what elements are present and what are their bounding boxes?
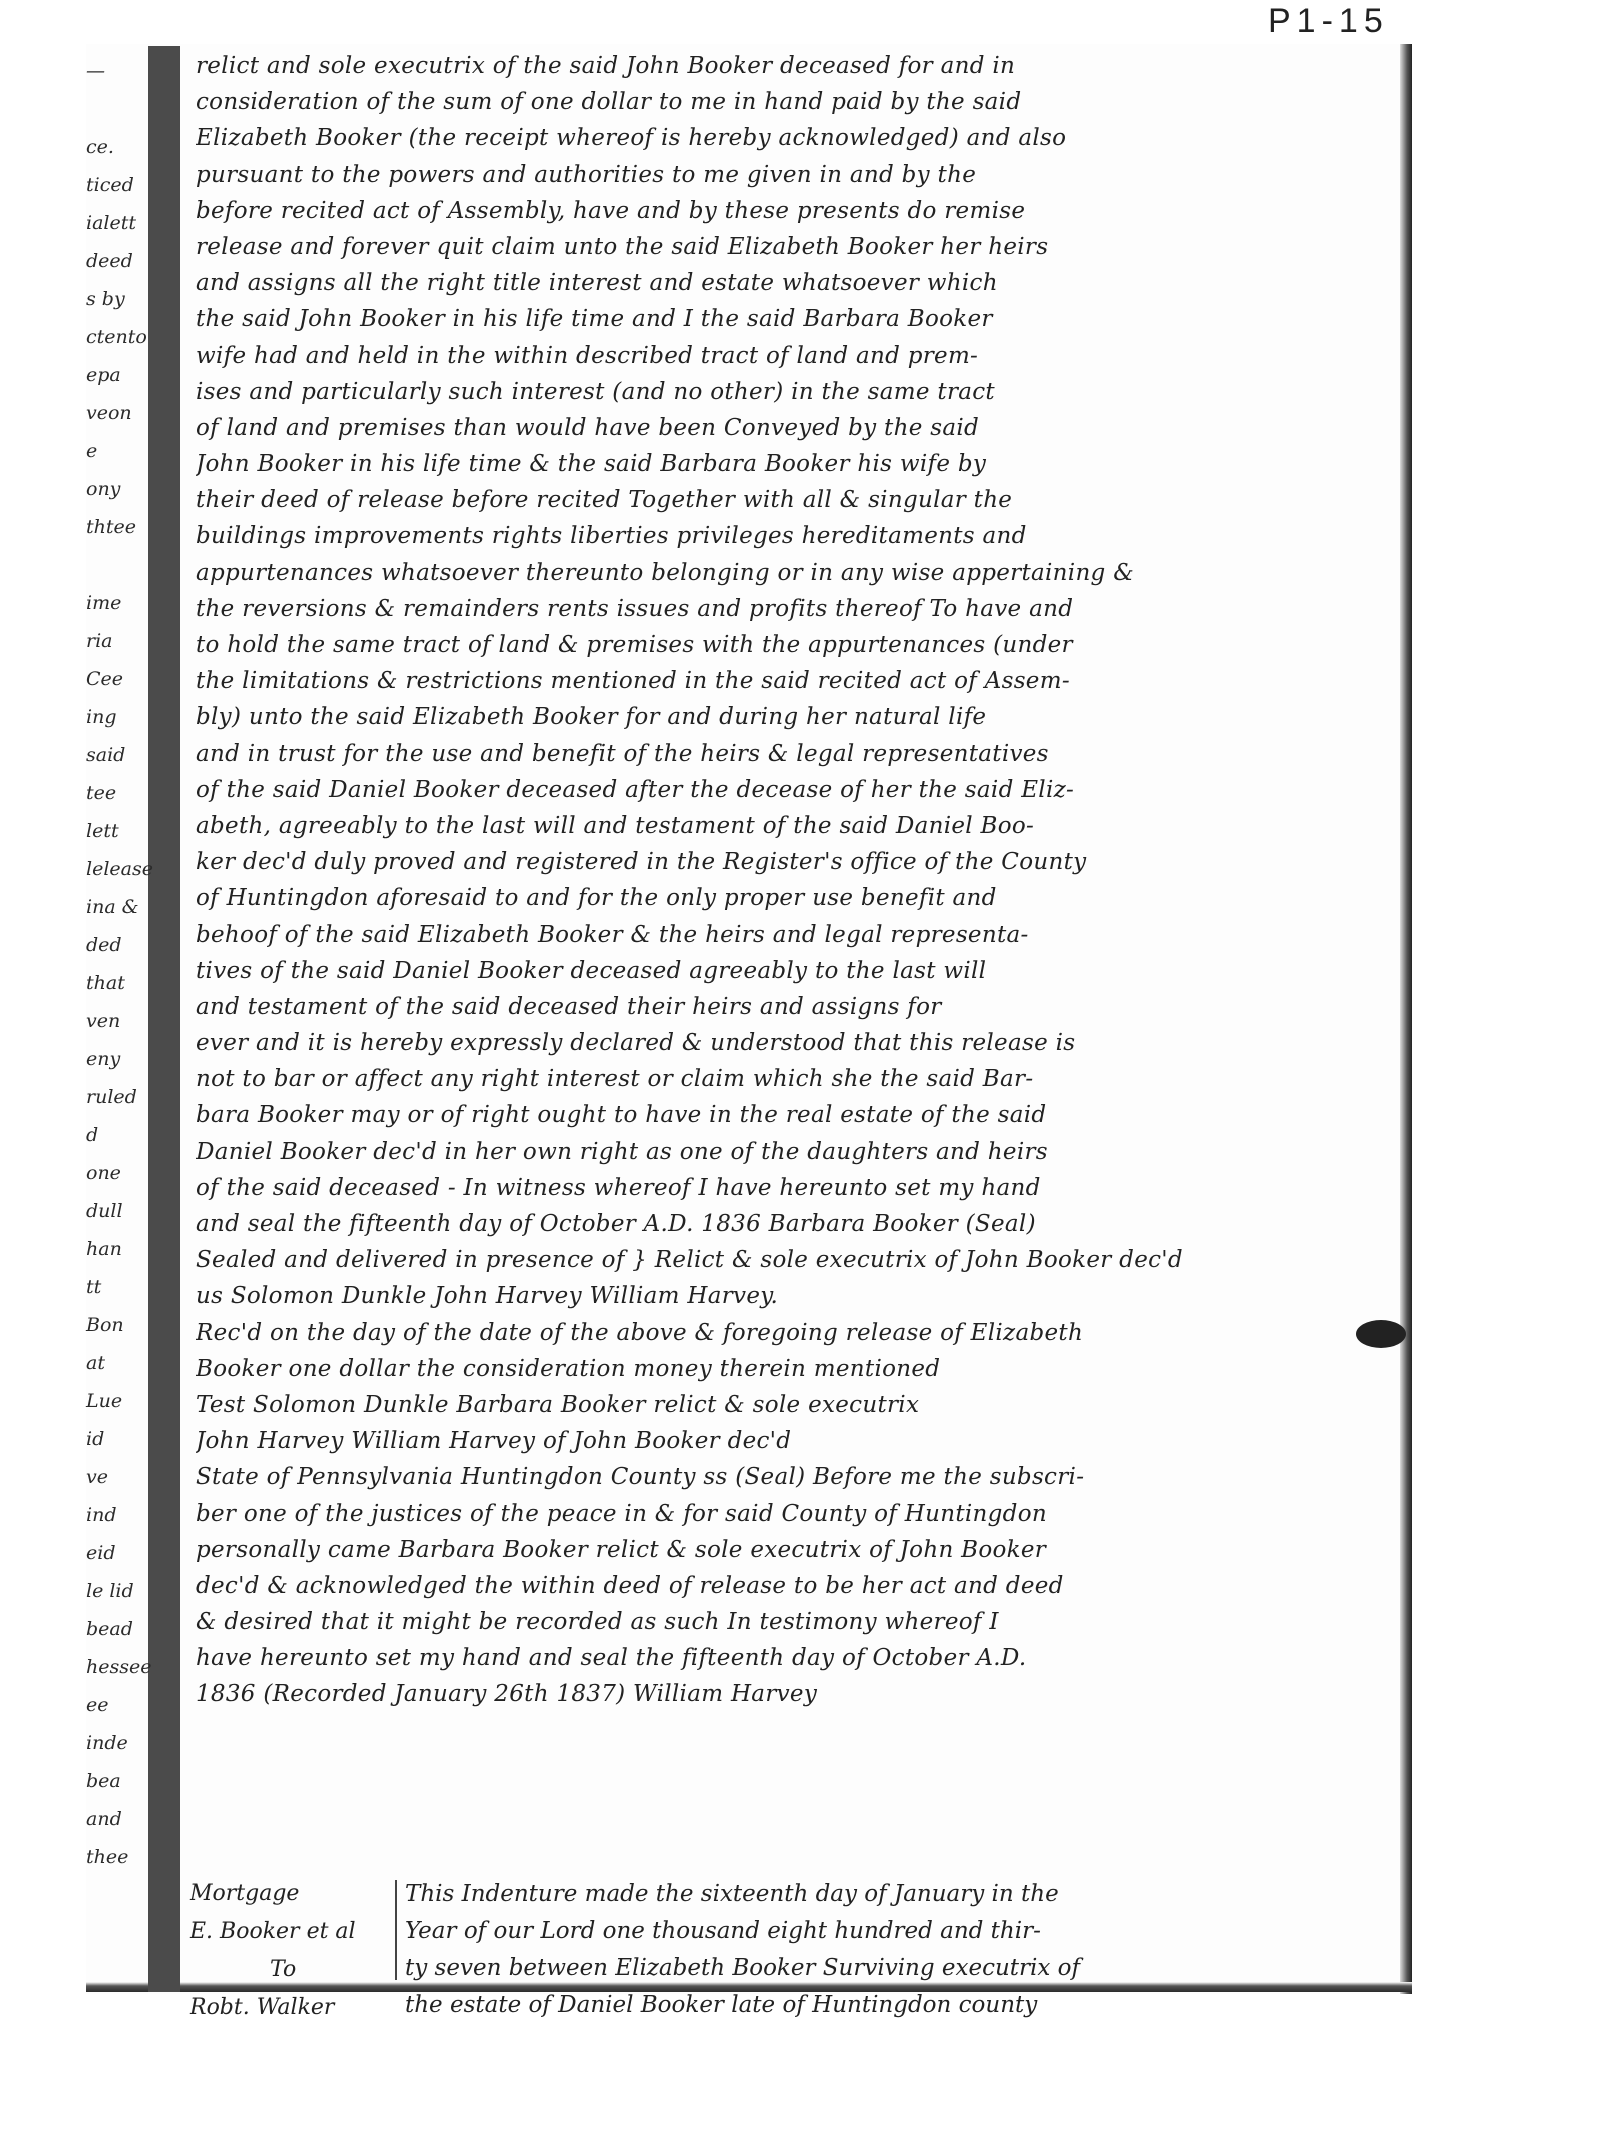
margin-fragment: bead [86, 1618, 133, 1640]
margin-fragment: Bon [86, 1314, 124, 1336]
deed-text-line: consideration of the sum of one dollar t… [196, 84, 1392, 120]
deed-text-line: Rec'd on the day of the date of the abov… [196, 1315, 1392, 1351]
deed-text-line: and in trust for the use and benefit of … [196, 736, 1392, 772]
margin-fragment: thee [86, 1846, 128, 1868]
margin-fragment: ce. [86, 136, 114, 158]
margin-fragment: lett [86, 820, 119, 842]
deed-text-line: of Huntingdon aforesaid to and for the o… [196, 880, 1392, 916]
margin-fragment: ing [86, 706, 116, 728]
deed-text-line: appurtenances whatsoever thereunto belon… [196, 555, 1392, 591]
margin-fragment: lelease [86, 858, 153, 880]
deed-text-line: and testament of the said deceased their… [196, 989, 1392, 1025]
deed-text-line: release and forever quit claim unto the … [196, 229, 1392, 265]
deed-text-line: their deed of release before recited Tog… [196, 482, 1392, 518]
deed-text-line: of land and premises than would have bee… [196, 410, 1392, 446]
margin-fragment: ve [86, 1466, 108, 1488]
deed-body-text: relict and sole executrix of the said Jo… [196, 48, 1392, 1713]
margin-fragment: ticed [86, 174, 134, 196]
margin-note-line: E. Booker et al [190, 1913, 400, 1951]
margin-fragment: bea [86, 1770, 121, 1792]
deed-text-line: not to bar or affect any right interest … [196, 1061, 1392, 1097]
margin-fragment: that [86, 972, 125, 994]
margin-fragment: — [86, 60, 105, 82]
deed-text-line: of the said Daniel Booker deceased after… [196, 772, 1392, 808]
deed-text-line: State of Pennsylvania Huntingdon County … [196, 1459, 1392, 1495]
indenture-text: This Indenture made the sixteenth day of… [405, 1876, 1405, 2024]
margin-fragment: and [86, 1808, 122, 1830]
deed-text-line: John Harvey William Harvey of John Booke… [196, 1423, 1392, 1459]
indenture-line: Year of our Lord one thousand eight hund… [405, 1913, 1405, 1950]
deed-text-line: ever and it is hereby expressly declared… [196, 1025, 1392, 1061]
margin-note-line: Mortgage [190, 1875, 400, 1913]
deed-text-line: have hereunto set my hand and seal the f… [196, 1640, 1392, 1676]
margin-fragment: le lid [86, 1580, 134, 1602]
deed-text-line: 1836 (Recorded January 26th 1837) Willia… [196, 1676, 1392, 1712]
deed-text-line: relict and sole executrix of the said Jo… [196, 48, 1392, 84]
margin-fragment: deed [86, 250, 133, 272]
margin-fragment: ialett [86, 212, 136, 234]
margin-fragment: eny [86, 1048, 120, 1070]
margin-fragment: ina & [86, 896, 139, 918]
deed-text-line: Daniel Booker dec'd in her own right as … [196, 1134, 1392, 1170]
margin-fragment: tee [86, 782, 116, 804]
deed-text-line: dec'd & acknowledged the within deed of … [196, 1568, 1392, 1604]
margin-fragment: hessee [86, 1656, 151, 1678]
margin-fragment: epa [86, 364, 121, 386]
deed-text-line: Booker one dollar the consideration mone… [196, 1351, 1392, 1387]
deed-text-line: personally came Barbara Booker relict & … [196, 1532, 1392, 1568]
margin-note-mortgage: Mortgage E. Booker et al To Robt. Walker [190, 1875, 400, 2027]
indenture-line: the estate of Daniel Booker late of Hunt… [405, 1987, 1405, 2024]
margin-fragment: tt [86, 1276, 101, 1298]
deed-text-line: tives of the said Daniel Booker deceased… [196, 953, 1392, 989]
deed-text-line: Elizabeth Booker (the receipt whereof is… [196, 120, 1392, 156]
margin-fragment: ee [86, 1694, 109, 1716]
margin-fragment: ime [86, 592, 121, 614]
deed-text-line: us Solomon Dunkle John Harvey William Ha… [196, 1278, 1392, 1314]
deed-text-line: buildings improvements rights liberties … [196, 518, 1392, 554]
deed-text-line: ises and particularly such interest (and… [196, 374, 1392, 410]
margin-fragment: ony [86, 478, 120, 500]
margin-fragment: dull [86, 1200, 123, 1222]
deed-text-line: of the said deceased - In witness whereo… [196, 1170, 1392, 1206]
deed-text-line: and seal the fifteenth day of October A.… [196, 1206, 1392, 1242]
deed-text-line: ber one of the justices of the peace in … [196, 1496, 1392, 1532]
margin-fragment: one [86, 1162, 121, 1184]
margin-fragment: thtee [86, 516, 136, 538]
deed-text-line: ker dec'd duly proved and registered in … [196, 844, 1392, 880]
margin-fragment: ruled [86, 1086, 137, 1108]
margin-fragment: s by [86, 288, 125, 310]
margin-fragment: id [86, 1428, 104, 1450]
margin-fragment: ded [86, 934, 122, 956]
margin-fragment: ind [86, 1504, 116, 1526]
deed-text-line: bly) unto the said Elizabeth Booker for … [196, 699, 1392, 735]
deed-text-line: wife had and held in the within describe… [196, 338, 1392, 374]
page-edge-shadow [1400, 44, 1412, 1994]
deed-text-line: and assigns all the right title interest… [196, 265, 1392, 301]
deed-text-line: abeth, agreeably to the last will and te… [196, 808, 1392, 844]
binding-shadow [148, 46, 180, 1992]
margin-fragment: Lue [86, 1390, 122, 1412]
deed-text-line: bara Booker may or of right ought to hav… [196, 1097, 1392, 1133]
deed-text-line: the limitations & restrictions mentioned… [196, 663, 1392, 699]
margin-fragment: ctento [86, 326, 147, 348]
deed-text-line: to hold the same tract of land & premise… [196, 627, 1392, 663]
deed-text-line: Sealed and delivered in presence of } Re… [196, 1242, 1392, 1278]
margin-fragment: said [86, 744, 125, 766]
margin-fragment: ven [86, 1010, 120, 1032]
margin-fragment: Cee [86, 668, 123, 690]
indenture-line: ty seven between Elizabeth Booker Surviv… [405, 1950, 1405, 1987]
deed-text-line: behoof of the said Elizabeth Booker & th… [196, 917, 1392, 953]
margin-fragment: ria [86, 630, 113, 652]
left-margin-fragments: —ce.ticedialettdeeds byctentoepaveoneony… [86, 60, 148, 1880]
deed-text-line: & desired that it might be recorded as s… [196, 1604, 1392, 1640]
margin-fragment: inde [86, 1732, 128, 1754]
margin-fragment: d [86, 1124, 98, 1146]
margin-fragment: veon [86, 402, 132, 424]
deed-text-line: John Booker in his life time & the said … [196, 446, 1392, 482]
deed-text-line: pursuant to the powers and authorities t… [196, 157, 1392, 193]
margin-fragment: e [86, 440, 97, 462]
indenture-line: This Indenture made the sixteenth day of… [405, 1876, 1405, 1913]
margin-divider [395, 1880, 397, 1980]
margin-fragment: at [86, 1352, 105, 1374]
margin-fragment: eid [86, 1542, 115, 1564]
deed-text-line: the reversions & remainders rents issues… [196, 591, 1392, 627]
margin-fragment: han [86, 1238, 122, 1260]
page-number-label: P1-15 [1268, 2, 1389, 41]
deed-text-line: Test Solomon Dunkle Barbara Booker relic… [196, 1387, 1392, 1423]
deed-text-line: before recited act of Assembly, have and… [196, 193, 1392, 229]
deed-text-line: the said John Booker in his life time an… [196, 301, 1392, 337]
margin-note-line: To [190, 1951, 400, 1989]
margin-note-line: Robt. Walker [190, 1989, 400, 2027]
